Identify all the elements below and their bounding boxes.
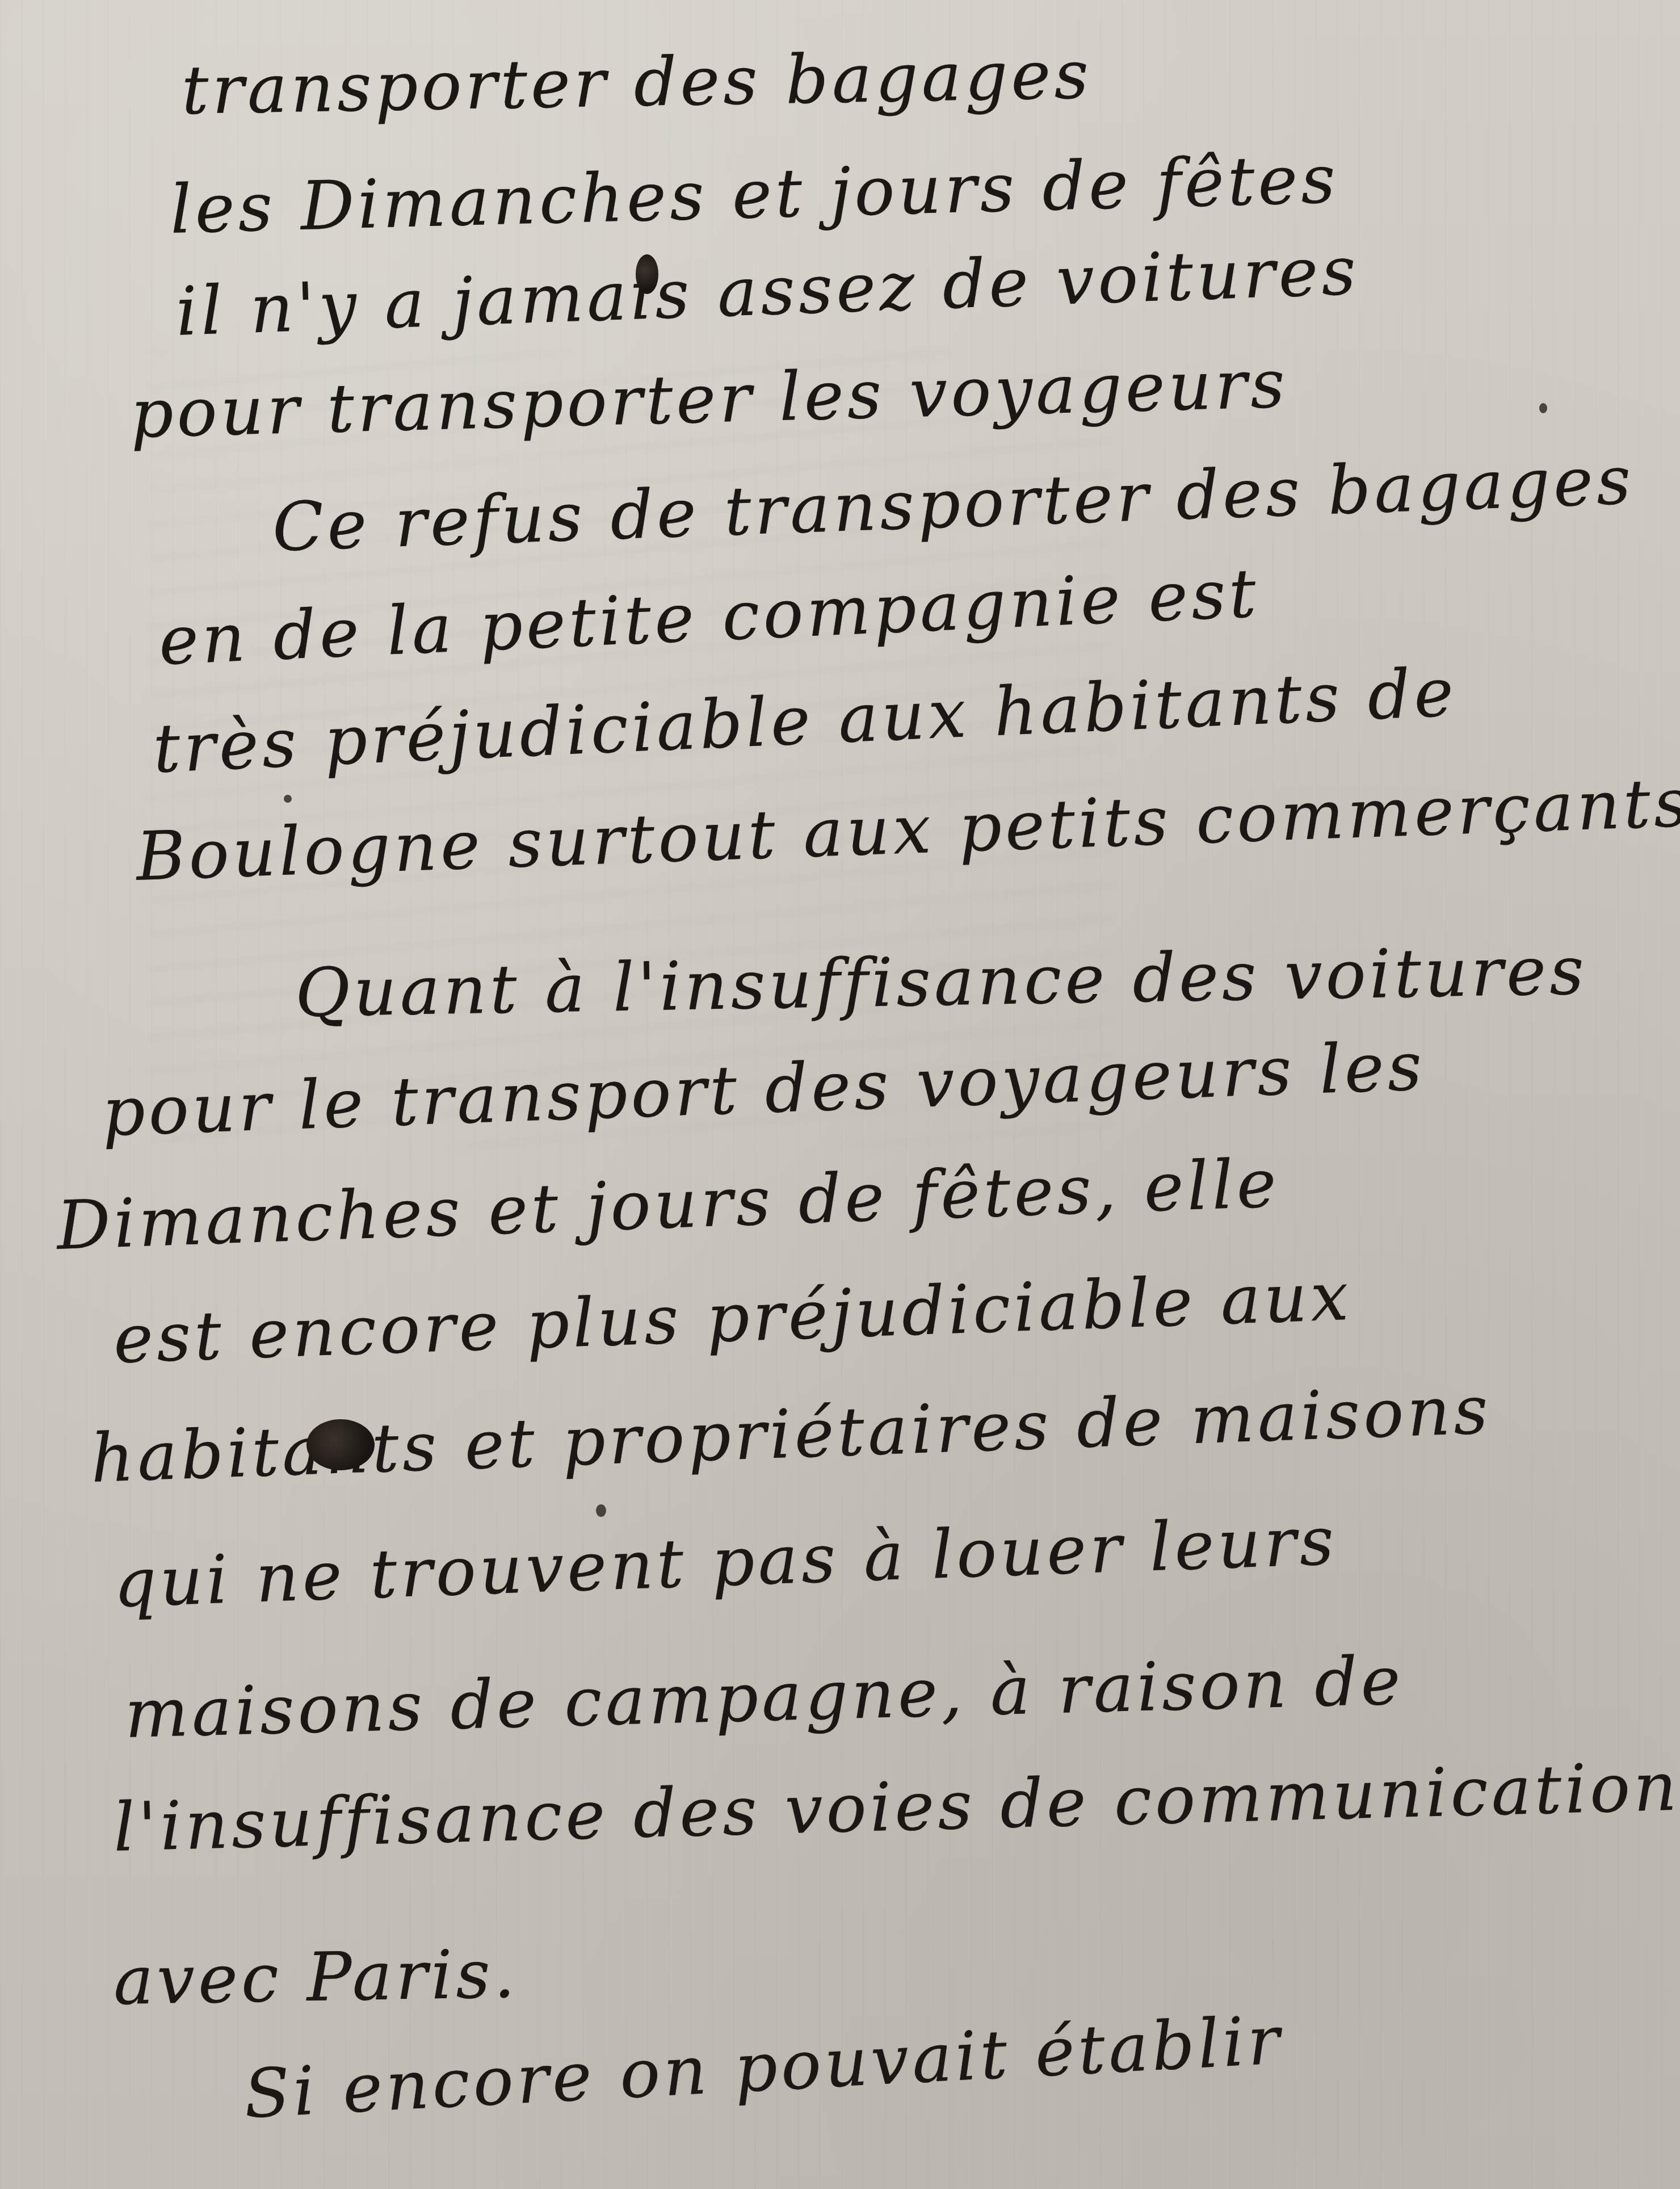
manuscript-line-12: est encore plus préjudiciable aux	[112, 1257, 1353, 1378]
manuscript-line-14: qui ne trouvent pas à louer leurs	[112, 1502, 1339, 1622]
ink-fleck	[1539, 403, 1547, 413]
ink-fleck	[596, 1504, 606, 1517]
manuscript-line-18: Si encore on pouvait établir	[242, 2001, 1284, 2133]
manuscript-line-17: avec Paris.	[113, 1935, 519, 2020]
manuscript-line-15: maisons de campagne, à raison de	[124, 1641, 1405, 1753]
manuscript-line-11: Dimanches et jours de fêtes, elle	[56, 1144, 1281, 1265]
manuscript-line-16: l'insuffisance des voies de communicatio…	[112, 1747, 1680, 1867]
manuscript-line-1: transporter des bagages	[181, 35, 1093, 129]
ink-blot	[306, 1419, 375, 1470]
ink-blot	[636, 254, 658, 294]
manuscript-line-3: il n'y a jamais assez de voitures	[175, 231, 1360, 351]
ink-fleck	[284, 795, 292, 803]
manuscript-page: transporter des bagages les Dimanches et…	[0, 0, 1680, 2189]
manuscript-line-13: habitants et propriétaires de maisons	[90, 1370, 1493, 1498]
manuscript-line-2: les Dimanches et jours de fêtes	[169, 140, 1339, 249]
